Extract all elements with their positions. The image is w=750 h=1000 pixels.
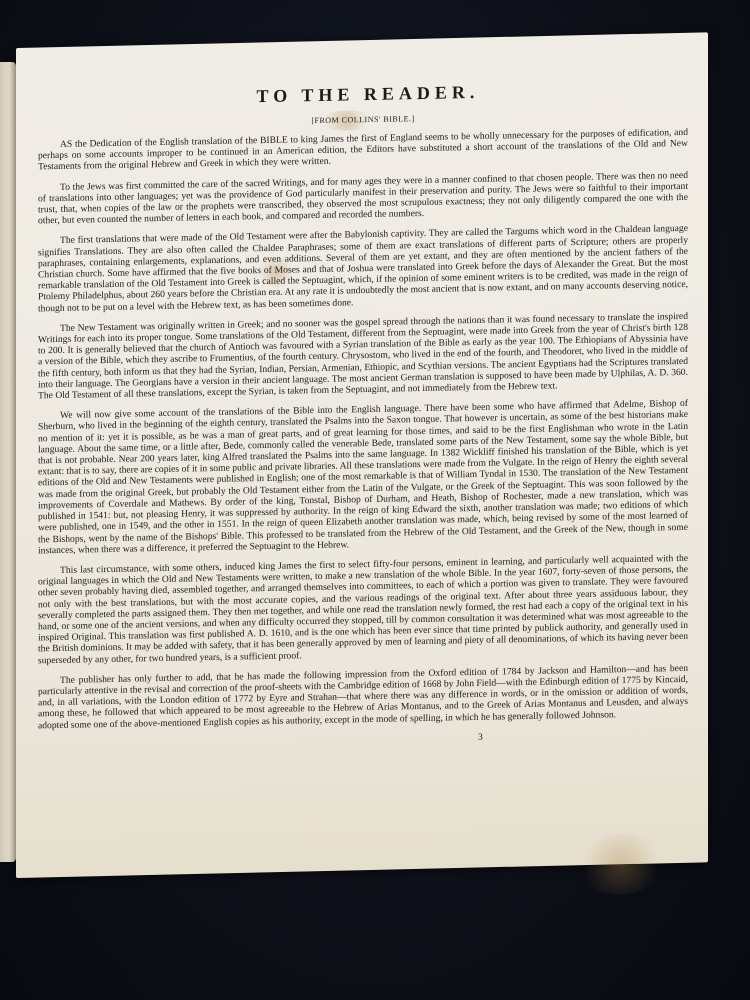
paragraph-english-translations: We will now give some account of the tra… bbox=[38, 398, 688, 556]
paragraph-publisher: The publisher has only further to add, t… bbox=[38, 663, 688, 731]
page-number: 3 bbox=[478, 732, 483, 743]
paragraph-first-translations: The first translations that were made of… bbox=[38, 223, 688, 314]
paper-stain bbox=[576, 833, 666, 895]
page-content: TO THE READER. [FROM COLLINS' BIBLE.] AS… bbox=[38, 78, 688, 740]
page-title: TO THE READER. bbox=[38, 78, 688, 111]
previous-page-edge bbox=[0, 62, 16, 862]
paragraph-dedication: AS the Dedication of the English transla… bbox=[38, 127, 688, 173]
paragraph-king-james: This last circumstance, with some others… bbox=[38, 553, 688, 666]
paragraph-jews: To the Jews was first committed the care… bbox=[38, 169, 688, 226]
book-page: TO THE READER. [FROM COLLINS' BIBLE.] AS… bbox=[16, 32, 708, 878]
paragraph-new-testament: The New Testament was originally written… bbox=[38, 311, 688, 402]
page-subtitle: [FROM COLLINS' BIBLE.] bbox=[38, 109, 688, 130]
